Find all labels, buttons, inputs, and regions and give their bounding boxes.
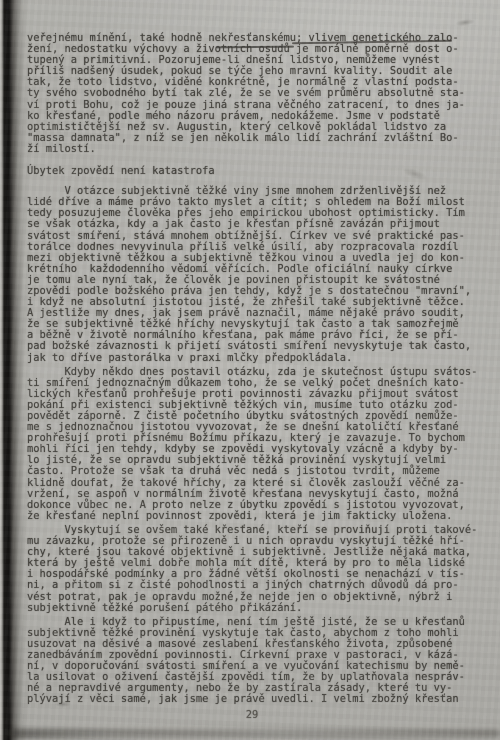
page-number: 29 (27, 710, 477, 721)
paragraph: Vyskytují se ovšem také křesťané, kteří … (27, 525, 491, 614)
scan-smudge (452, 16, 479, 29)
section-heading: Úbytek zpovědí není katastrofa (27, 166, 491, 177)
scan-shadow-bottom (8, 729, 500, 738)
text-column: veřejnému mínění, také hodně nekřesťansk… (27, 33, 491, 722)
paragraph: Ale i když to připustíme, není tím ještě… (27, 617, 491, 706)
paragraph-continuation: veřejnému mínění, také hodně nekřesťansk… (27, 33, 491, 155)
paragraph: V otázce subjektivně těžké viny jsme mno… (27, 186, 491, 364)
book-spine-shadow (0, 0, 30, 740)
paragraph: Kdyby někdo dnes postavil otázku, zda je… (27, 367, 491, 522)
scanned-book-page: veřejnému mínění, také hodně nekřesťansk… (0, 0, 500, 740)
